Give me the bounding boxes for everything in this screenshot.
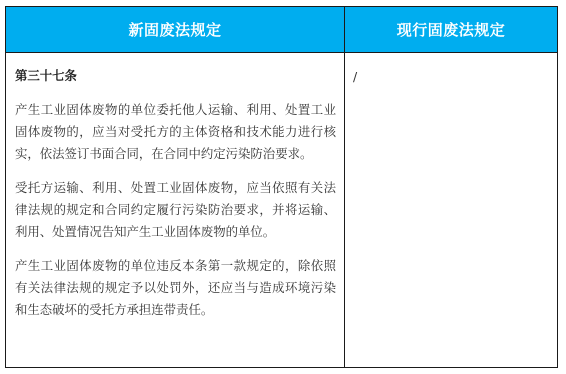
current-law-text: /: [353, 69, 357, 84]
paragraph-2: 受托方运输、利用、处置工业固体废物，应当依照有关法律法规的规定和合同约定履行污染…: [15, 177, 336, 243]
header-new-law: 新固废法规定: [6, 7, 345, 52]
paragraph-3: 产生工业固体废物的单位违反本条第一款规定的，除依照有关法律法规的规定予以处罚外，…: [15, 255, 336, 321]
table-body-row: 第三十七条 产生工业固体废物的单位委托他人运输、利用、处置工业固体废物的，应当对…: [6, 53, 557, 367]
new-law-cell: 第三十七条 产生工业固体废物的单位委托他人运输、利用、处置工业固体废物的，应当对…: [6, 53, 345, 367]
table-header-row: 新固废法规定 现行固废法规定: [6, 7, 557, 53]
current-law-cell: /: [345, 53, 557, 367]
article-title: 第三十七条: [15, 65, 336, 87]
paragraph-1: 产生工业固体废物的单位委托他人运输、利用、处置工业固体废物的，应当对受托方的主体…: [15, 99, 336, 165]
header-current-law: 现行固废法规定: [345, 7, 557, 52]
law-comparison-table: 新固废法规定 现行固废法规定 第三十七条 产生工业固体废物的单位委托他人运输、利…: [5, 6, 558, 368]
